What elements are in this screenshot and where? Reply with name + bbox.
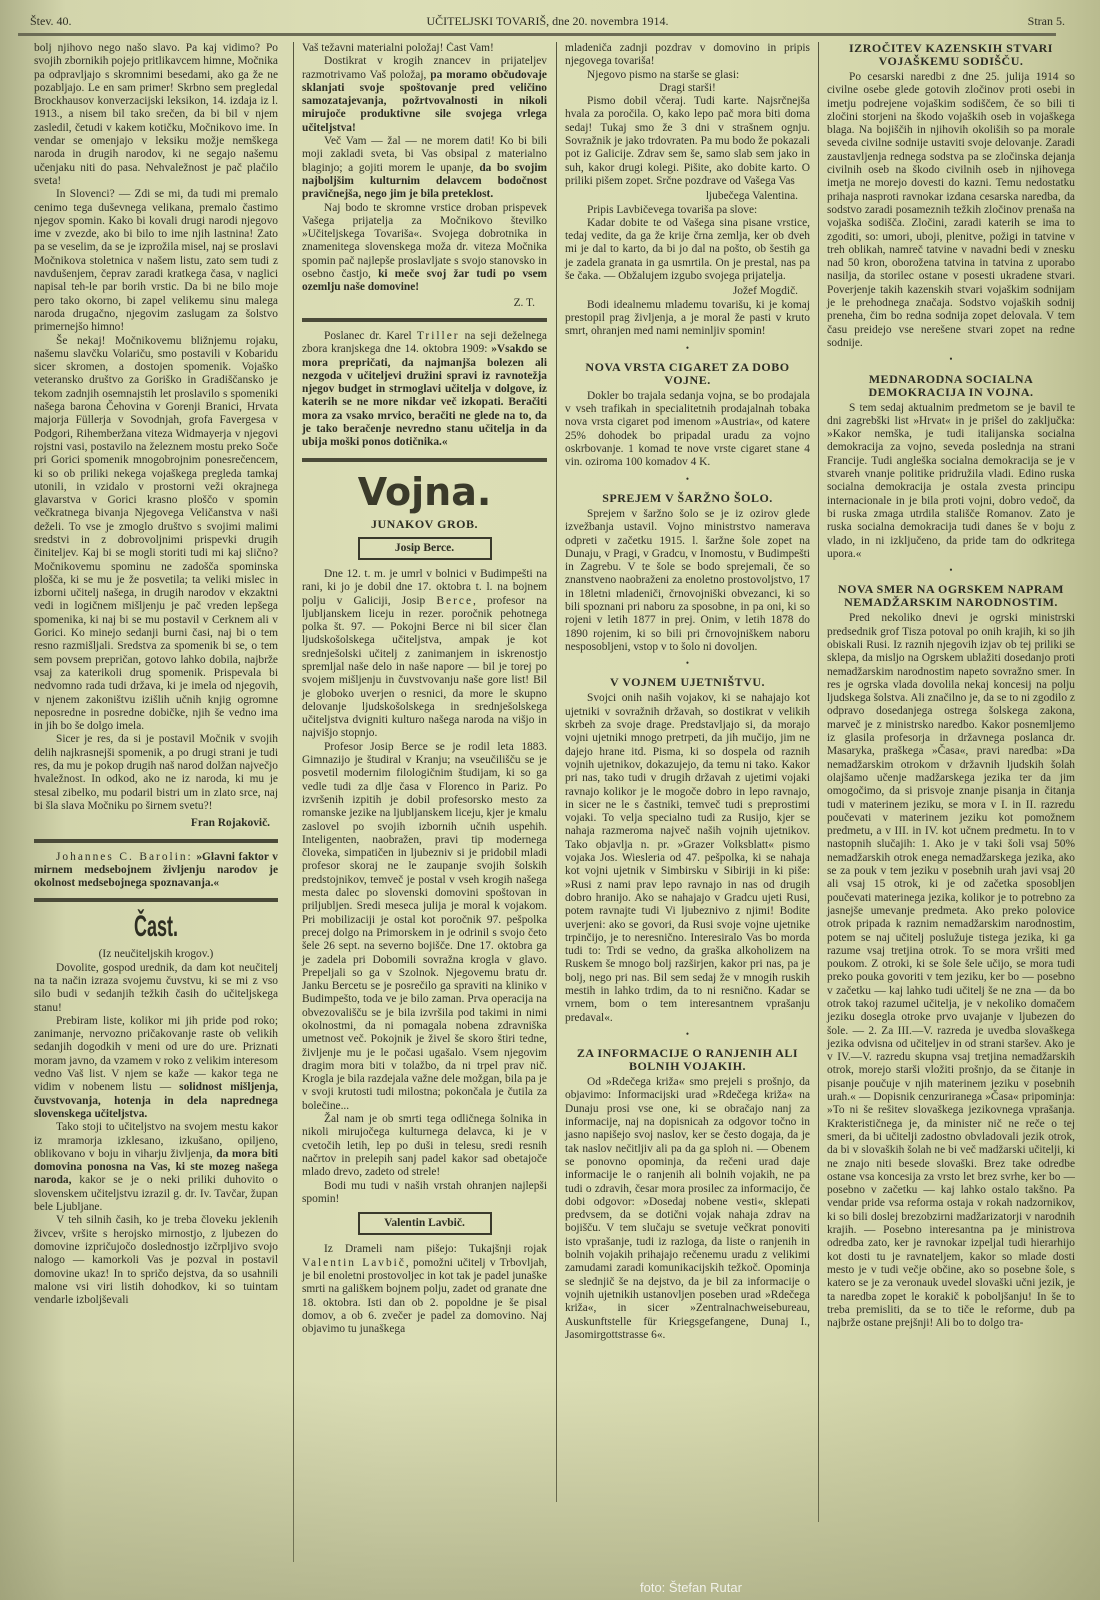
article-paragraph: Dovolite, gospod urednik, da dam kot neu… xyxy=(34,962,278,1015)
article-paragraph: mladeniča zadnji pozdrav v domovino in p… xyxy=(565,42,810,69)
article-paragraph: Vaš težavni materialni položaj! Čast Vam… xyxy=(302,42,547,55)
article-paragraph: Sicer je res, da si je postavil Močnik v… xyxy=(34,733,278,813)
article-paragraph: Sprejem v šaržno šolo se je iz ozirov gl… xyxy=(565,508,810,654)
spaced-name: Valentin Lavbič xyxy=(302,1257,406,1269)
article-heading: IZROČITEV KAZENSKIH STVARI VOJAŠKEMU SOD… xyxy=(827,42,1075,68)
quote-block: Johannes C. Barolin: »Glavni faktor v mi… xyxy=(34,851,278,891)
section-divider xyxy=(34,898,278,902)
separator-dot: • xyxy=(827,564,1075,577)
article-paragraph: Tako stoji to učiteljstvo na svojem mest… xyxy=(34,1121,278,1214)
letter-body: Kadar dobite te od Vašega sina pisane vr… xyxy=(565,217,810,283)
text-run: , profesor na ljubljanskem liceju in rez… xyxy=(302,595,547,740)
separator-dot: • xyxy=(827,353,1075,366)
article-paragraph: Od »Rdečega križa« smo prejeli s prošnjo… xyxy=(565,1076,810,1342)
article-paragraph: Pripis Lavbičevega tovariša pa slove: xyxy=(565,204,810,217)
article-heading: ZA INFORMACIJE O RANJENIH ALI BOLNIH VOJ… xyxy=(565,1047,810,1073)
column-1: bolj njihovo nego našo slavo. Pa kaj vid… xyxy=(34,42,278,1307)
section-title-vojna: Vojna. xyxy=(302,472,547,512)
article-paragraph: V teh silnih časih, ko je treba človeku … xyxy=(34,1214,278,1307)
article-paragraph: Bodi idealnemu mlademu tovarišu, ki je k… xyxy=(565,299,810,339)
masthead-title: UČITELJSKI TOVARIŠ, dne 20. novembra 191… xyxy=(30,14,1065,29)
letter-signature: Jožef Mogdič. xyxy=(565,285,798,298)
bold-text-run: »Vsakdo se mora prepričati, da najmanjša… xyxy=(302,343,547,448)
text-run: Poslanec dr. Karel xyxy=(324,330,417,342)
column-4: IZROČITEV KAZENSKIH STVARI VOJAŠKEMU SOD… xyxy=(818,42,1075,1522)
separator-dot: • xyxy=(565,657,810,670)
article-paragraph: Iz Drameli nam pišejo: Tukajšnji rojak V… xyxy=(302,1243,547,1336)
quote-author: Johannes C. Barolin: xyxy=(56,851,193,863)
article-paragraph: Dostikrat v krogih znancev in prijatelje… xyxy=(302,55,547,135)
article-paragraph: Dokler bo trajala sedanja vojna, se bo p… xyxy=(565,390,810,470)
header-rule xyxy=(18,33,1056,36)
author-signature: Z. T. xyxy=(302,297,535,310)
column-2: Vaš težavni materialni položaj! Čast Vam… xyxy=(293,42,547,1562)
text-run: Iz Drameli nam pišejo: Tukajšnji rojak xyxy=(324,1243,547,1255)
article-paragraph: Naj bodo te skromne vrstice droban prisp… xyxy=(302,202,547,295)
page-number: Stran 5. xyxy=(1028,14,1065,29)
text-run: kakor se je o neki priliki duhovito o sl… xyxy=(34,1174,278,1213)
letter-signature: ljubečega Valentina. xyxy=(565,190,798,203)
spaced-name: Berce xyxy=(436,595,473,607)
section-divider xyxy=(302,458,547,462)
separator-dot: • xyxy=(565,1028,810,1041)
page-header: Štev. 40. UČITELJSKI TOVARIŠ, dne 20. no… xyxy=(30,8,1065,30)
section-divider xyxy=(302,318,547,322)
article-paragraph: Pred nekoliko dnevi je ogrski ministrski… xyxy=(827,612,1075,1330)
article-paragraph: bolj njihovo nego našo slavo. Pa kaj vid… xyxy=(34,42,278,188)
letter-salutation: Dragi starši! xyxy=(565,82,810,95)
article-title-cast: Čast. xyxy=(83,910,229,944)
article-paragraph: Bodi mu tudi v naših vrstah ohranjen naj… xyxy=(302,1180,547,1207)
boxed-name: Josip Berce. xyxy=(358,537,492,560)
article-paragraph: Po cesarski naredbi z dne 25. julija 191… xyxy=(827,71,1075,350)
article-heading: MEDNARODNA SOCIALNA DEMOKRACIJA IN VOJNA… xyxy=(827,373,1075,399)
triller-quote: Poslanec dr. Karel Triller na seji dežel… xyxy=(302,330,547,450)
article-paragraph: Svojci onih naših vojakov, ki se nahajaj… xyxy=(565,692,810,1024)
article-paragraph: Še nekaj! Močnikovemu bližnjemu rojaku, … xyxy=(34,335,278,734)
separator-dot: • xyxy=(565,342,810,355)
article-heading: NOVA VRSTA CIGARET ZA DOBO VOJNE. xyxy=(565,361,810,387)
article-paragraph: Žal nam je ob smrti tega odličnega šolni… xyxy=(302,1113,547,1179)
article-subtitle: (Iz neučiteljskih krogov.) xyxy=(34,948,278,961)
letter-body: Pismo dobil včeraj. Tudi karte. Najsrčne… xyxy=(565,95,810,188)
article-heading: NOVA SMER NA OGRSKEM NAPRAM NEMADŽARSKIM… xyxy=(827,583,1075,609)
boxed-name: Valentin Lavbič. xyxy=(358,1212,492,1235)
article-paragraph: Dne 12. t. m. je umrl v bolnici v Budimp… xyxy=(302,568,547,741)
article-paragraph: Njegovo pismo na starše se glasi: xyxy=(565,69,810,82)
separator-dot: • xyxy=(565,473,810,486)
column-3: mladeniča zadnji pozdrav v domovino in p… xyxy=(556,42,810,1502)
spaced-name: Triller xyxy=(417,330,460,342)
section-divider xyxy=(34,839,278,843)
article-heading: V VOJNEM UJETNIŠTVU. xyxy=(565,676,810,689)
article-paragraph: Prebiram liste, kolikor mi jih pride pod… xyxy=(34,1015,278,1121)
author-signature: Fran Rojakovič. xyxy=(34,817,270,830)
article-heading: SPREJEM V ŠARŽNO ŠOLO. xyxy=(565,492,810,505)
photo-credit: foto: Štefan Rutar xyxy=(640,1580,742,1595)
newspaper-page: Štev. 40. UČITELJSKI TOVARIŠ, dne 20. no… xyxy=(0,0,1100,1600)
article-paragraph: Več Vam — žal — ne morem dati! Ko bi bil… xyxy=(302,135,547,201)
article-heading: JUNAKOV GROB. xyxy=(302,518,547,531)
article-paragraph: Profesor Josip Berce se je rodil leta 18… xyxy=(302,741,547,1113)
article-paragraph: S tem sedaj aktualnim predmetom se je ba… xyxy=(827,402,1075,562)
article-paragraph: In Slovenci? — Zdi se mi, da tudi mi pre… xyxy=(34,188,278,334)
